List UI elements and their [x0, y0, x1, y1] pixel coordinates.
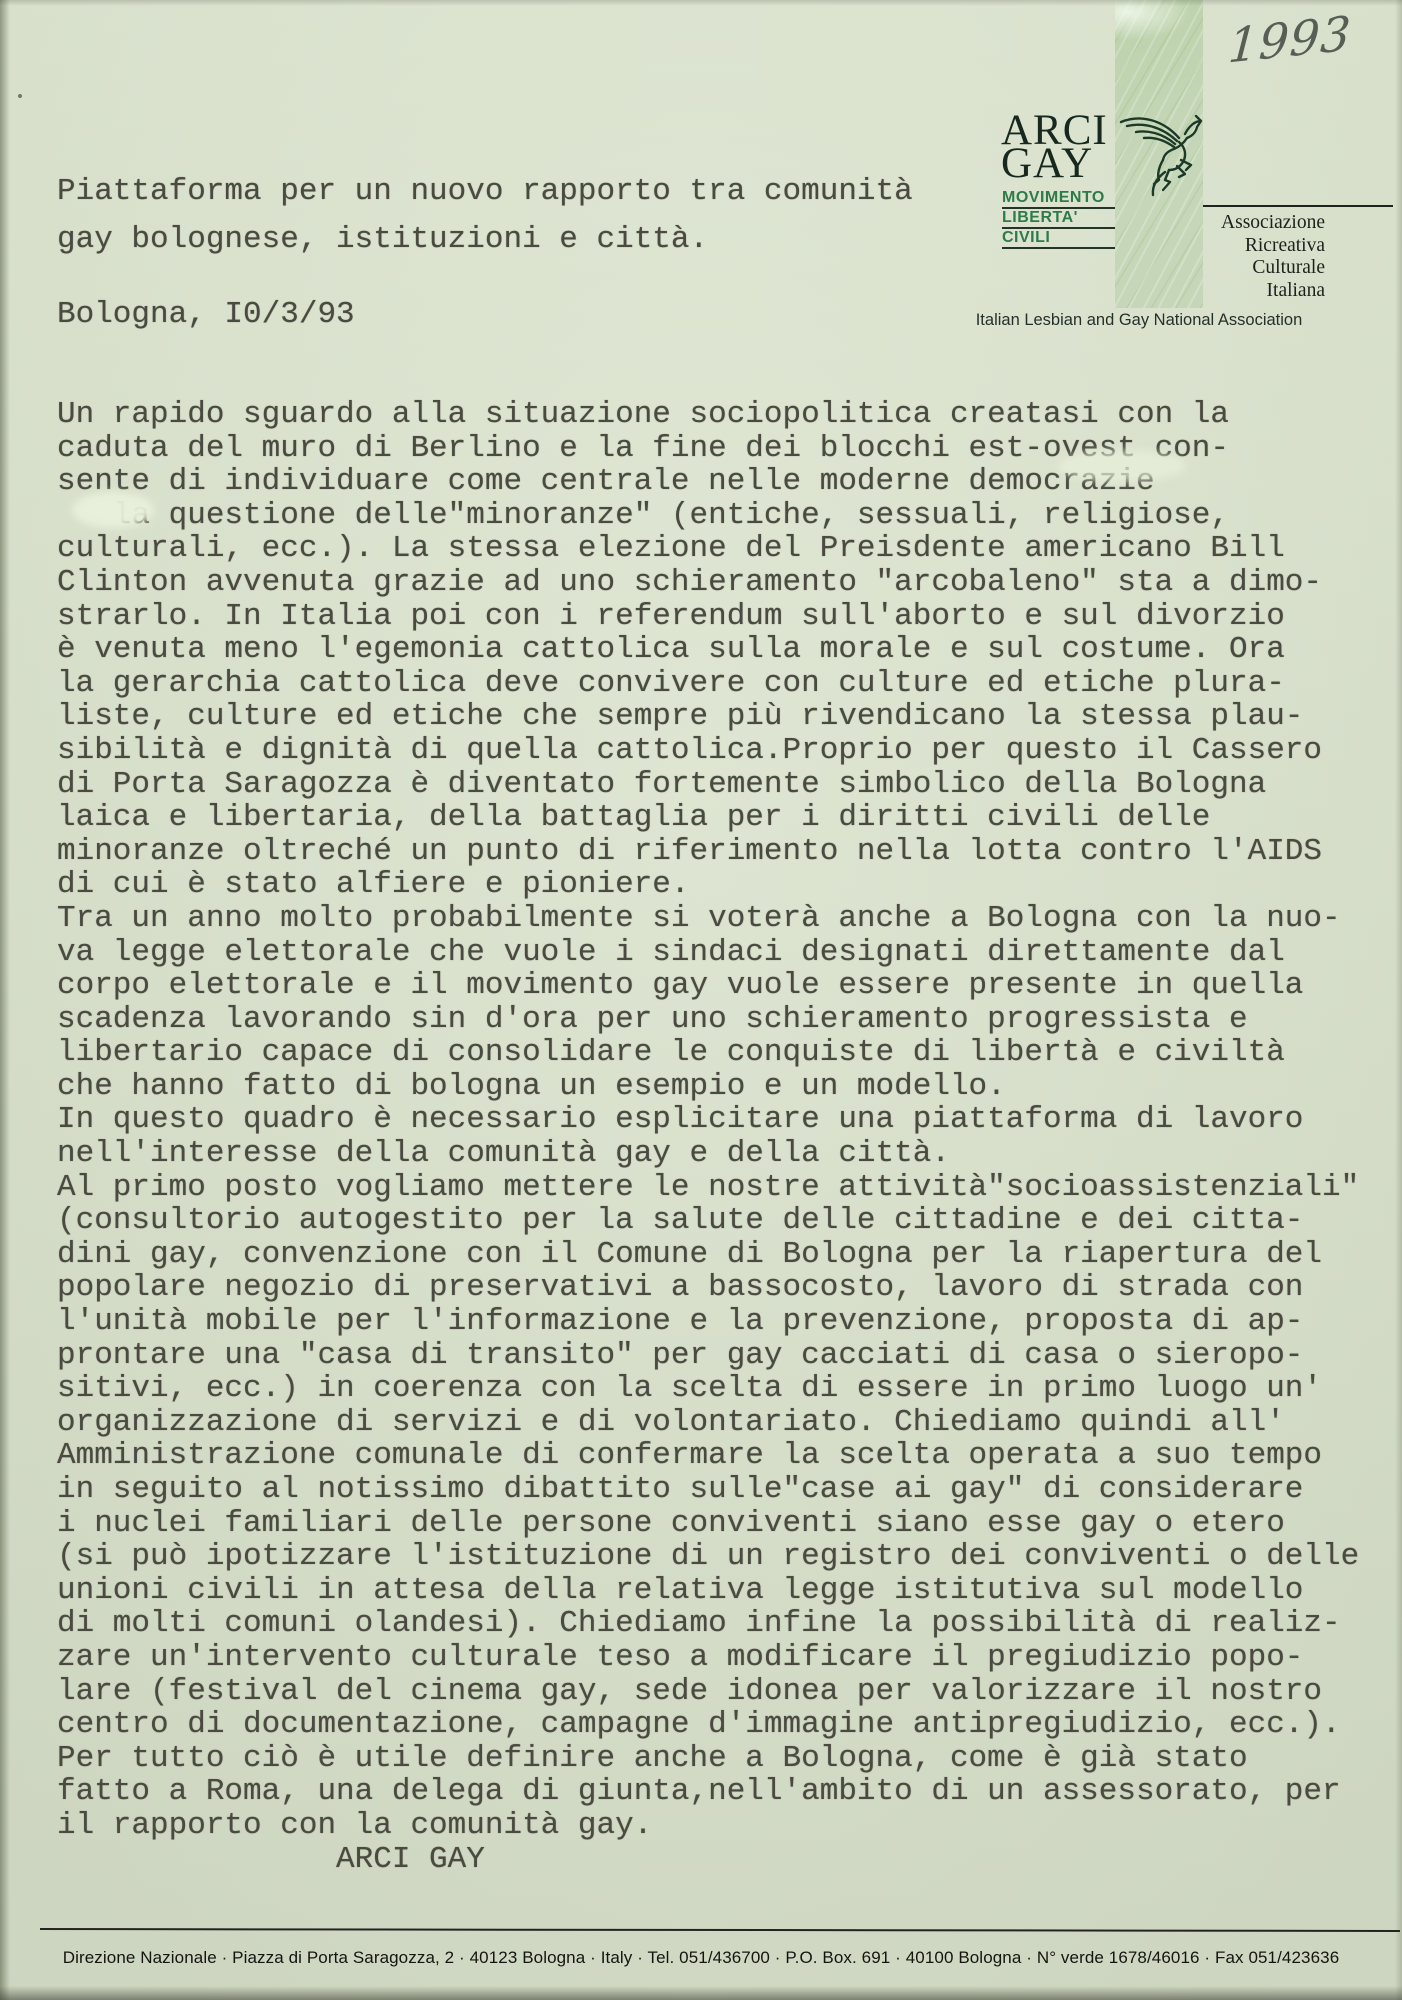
letter-body: Un rapido sguardo alla situazione sociop…: [57, 398, 1359, 1876]
scan-edge-shadow: [0, 0, 1402, 6]
association-divider-line: [1203, 205, 1393, 207]
handwritten-year-note: 1993: [1226, 4, 1369, 74]
motto-line-movimento: MOVIMENTO: [1002, 190, 1115, 209]
whiteout-correction: [1058, 450, 1186, 482]
pegasus-icon: [1113, 112, 1205, 200]
scan-edge-shadow: [0, 0, 10, 2000]
motto-line-civili: CIVILI: [1002, 230, 1115, 249]
arcigay-logotype: ARCIGAY: [1001, 114, 1119, 180]
logo-line-gay: GAY: [1001, 140, 1093, 187]
association-tagline: Italian Lesbian and Gay National Associa…: [956, 311, 1322, 330]
whiteout-correction: [72, 492, 154, 528]
footer-address: Direzione Nazionale · Piazza di Porta Sa…: [0, 1948, 1402, 1968]
motto-line-liberta: LIBERTA': [1002, 210, 1115, 229]
association-name: Associazione Ricreativa Culturale Italia…: [1221, 212, 1325, 302]
footer-divider-line: [40, 1928, 1400, 1932]
scanned-letter-page: 1993 ARCIGAY MOVIMENTO LIBERTA' CIVILI A…: [0, 0, 1402, 2000]
scan-edge-shadow: [0, 1986, 1402, 2000]
dateline: Bologna, I0/3/93: [57, 298, 355, 332]
scan-speck: [18, 94, 22, 98]
scan-edge-shadow: [1395, 0, 1402, 2000]
document-title: Piattaforma per un nuovo rapporto tra co…: [57, 168, 913, 264]
logo-motto: MOVIMENTO LIBERTA' CIVILI: [1002, 190, 1115, 249]
